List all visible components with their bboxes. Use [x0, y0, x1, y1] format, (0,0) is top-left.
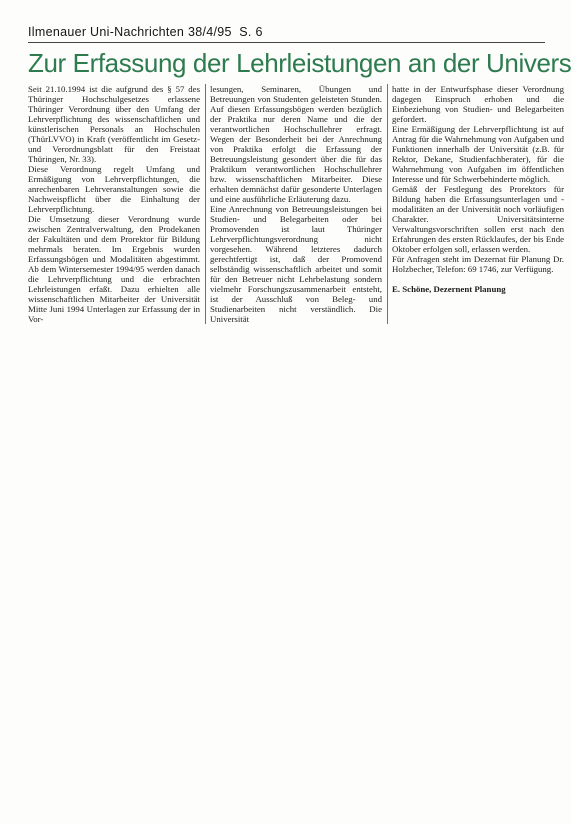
paragraph: Eine Ermäßigung der Lehrverpflichtung is… — [392, 124, 564, 184]
article-column-3: hatte in der Entwurfsphase dieser Verord… — [392, 84, 564, 324]
article-body: Seit 21.10.1994 ist die aufgrund des § 5… — [28, 84, 560, 324]
newsletter-page: Ilmenauer Uni-Nachrichten 38/4/95 S. 6 Z… — [0, 0, 571, 824]
article-column-2: lesungen, Seminaren, Übungen und Betreuu… — [210, 84, 382, 324]
column-divider-2 — [387, 84, 388, 324]
paragraph: hatte in der Entwurfsphase dieser Verord… — [392, 84, 564, 124]
header-rule — [28, 42, 545, 43]
author-signature: E. Schöne, Dezernent Planung — [392, 284, 564, 294]
paragraph: Eine Anrechnung von Betreuungsleistungen… — [210, 204, 382, 324]
column-divider-1 — [205, 84, 206, 324]
paragraph: Für Anfragen steht im Dezernat für Planu… — [392, 254, 564, 274]
article-column-1: Seit 21.10.1994 ist die aufgrund des § 5… — [28, 84, 200, 324]
paragraph: Gemäß der Festlegung des Prorektors für … — [392, 184, 564, 254]
paragraph: lesungen, Seminaren, Übungen und Betreuu… — [210, 84, 382, 204]
masthead: Ilmenauer Uni-Nachrichten 38/4/95 S. 6 — [28, 25, 263, 39]
article-title: Zur Erfassung der Lehrleistungen an der … — [28, 48, 571, 79]
paragraph: Die Umsetzung dieser Verordnung wurde zw… — [28, 214, 200, 324]
paragraph: Diese Verordnung regelt Umfang und Ermäß… — [28, 164, 200, 214]
paragraph: Seit 21.10.1994 ist die aufgrund des § 5… — [28, 84, 200, 164]
